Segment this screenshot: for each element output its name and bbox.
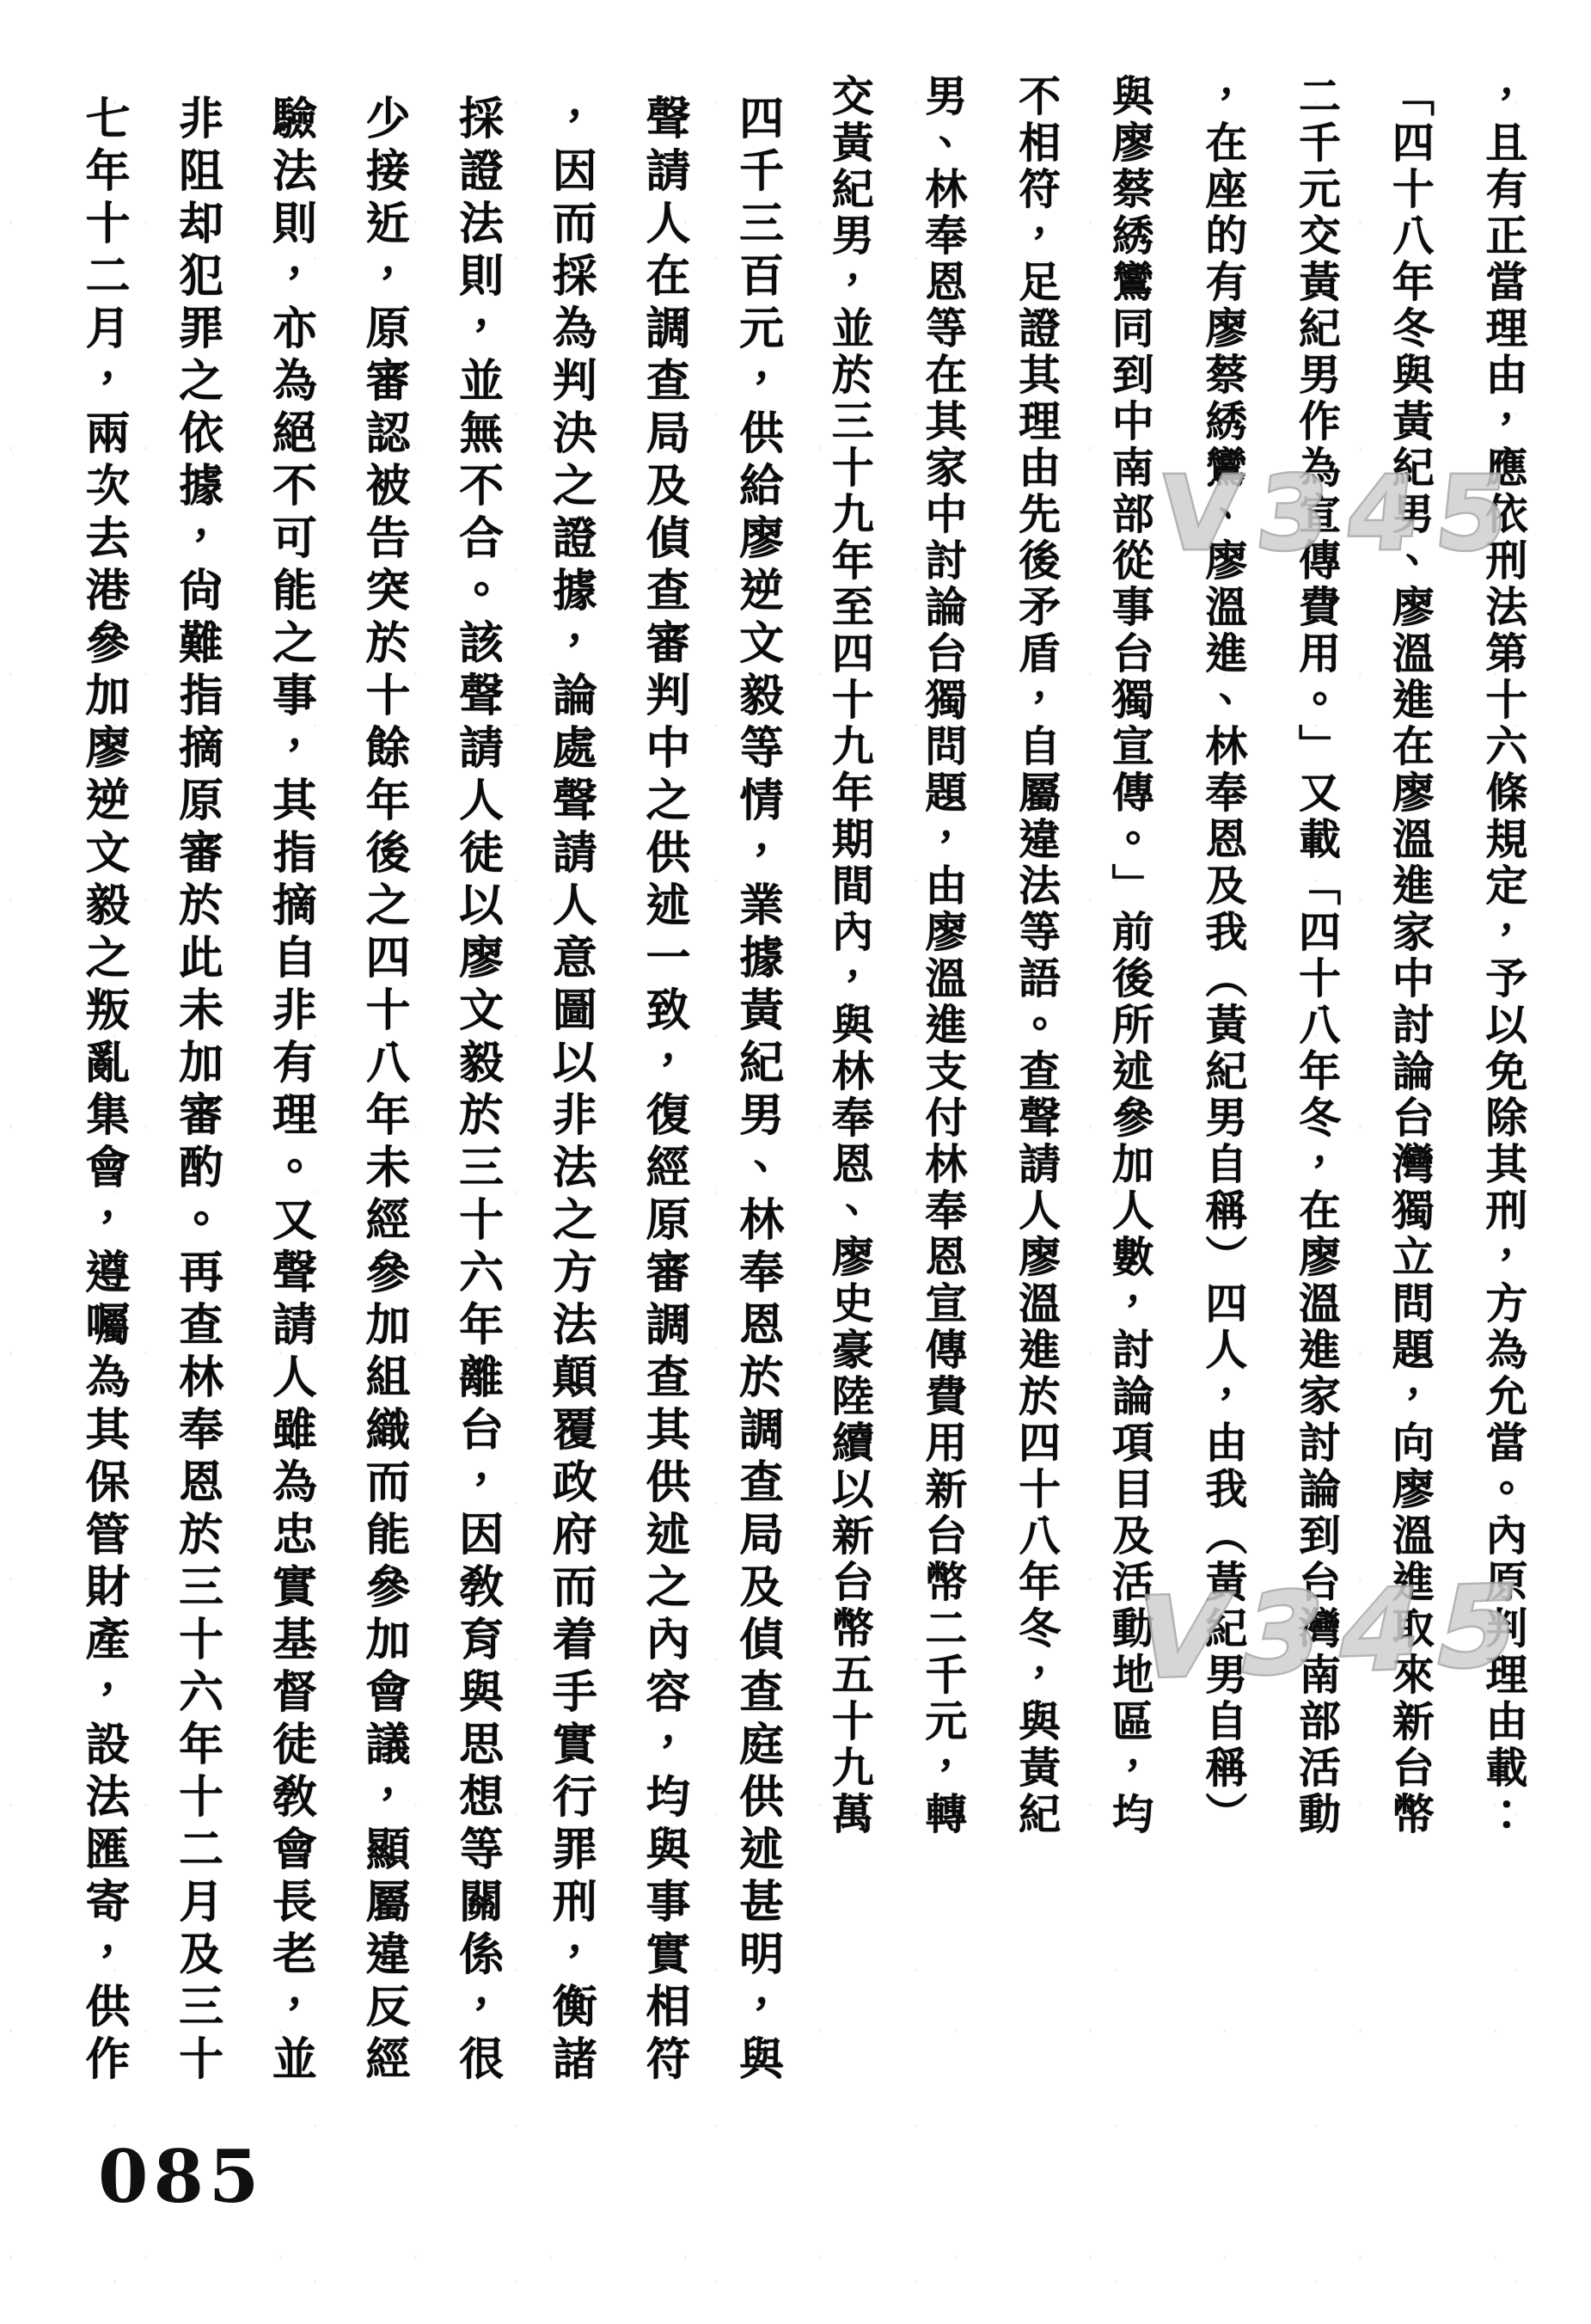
text-column: 採證法則，並無不合。該聲請人徒以廖文毅於三十六年離台，因敎育與思想等關係，很 xyxy=(450,95,503,2155)
text-column: 驗法則，亦為絕不可能之事，其指摘自非有理。又聲請人雖為忠實基督徒敎會長老，並 xyxy=(262,95,315,2155)
text-column: 少接近，原審認被告突於十餘年後之四十八年未經參加組織而能參加會議，顯屬違反經 xyxy=(356,95,409,2155)
scanned-document-page: ，且有正當理由，應依刑法第十六條規定，予以免除其刑，方為允當。內原判理由載： 「… xyxy=(0,0,1591,2324)
text-column: 非阻却犯罪之依據，尙難指摘原審於此未加審酌。再查林奉恩於三十六年十二月及三十 xyxy=(169,95,223,2155)
text-column: 七年十二月，兩次去港參加廖逆文毅之叛亂集會，遵囑為其保管財產，設法匯寄，供作 xyxy=(76,95,129,2155)
text-block: ，且有正當理由，應依刑法第十六條規定，予以免除其刑，方為允當。內原判理由載： 「… xyxy=(76,74,1530,2155)
text-column: 二千元交黃紀男作為宣傳費用。」又載「四十八年冬，在廖溫進家討論到台灣南部活動 xyxy=(1290,74,1343,2155)
text-column: 與廖蔡綉鸞同到中南部從事台獨宣傳。」前後所述參加人數，討論項目及活動地區，均 xyxy=(1103,74,1156,2155)
text-column: ，因而採為判決之證據，論處聲請人意圖以非法之方法顛覆政府而着手實行罪刑，衡諸 xyxy=(542,95,596,2155)
text-column: 四千三百元，供給廖逆文毅等情，業據黃紀男、林奉恩於調查局及偵查庭供述甚明，與 xyxy=(730,95,783,2155)
text-column: 交黃紀男，並於三十九年至四十九年期間內，與林奉恩、廖史豪陸續以新台幣五十九萬 xyxy=(823,74,876,2155)
text-column: 「四十八年冬與黃紀男、廖溫進在廖溫進家中討論台灣獨立問題，向廖溫進取來新台幣 xyxy=(1383,74,1436,2155)
text-column: ，在座的有廖蔡綉鸞、廖溫進、林奉恩及我（黃紀男自稱）四人，由我（黃紀男自稱） xyxy=(1196,74,1250,2155)
text-column: 不相符，足證其理由先後矛盾，自屬違法等語。查聲請人廖溫進於四十八年冬，與黃紀 xyxy=(1010,74,1063,2155)
text-column: 聲請人在調查局及偵查審判中之供述一致，復經原審調查其供述之內容，均與事實相符 xyxy=(636,95,689,2155)
page-number: 085 xyxy=(98,2134,264,2219)
text-column: ，且有正當理由，應依刑法第十六條規定，予以免除其刑，方為允當。內原判理由載： xyxy=(1477,74,1530,2155)
text-column: 男、林奉恩等在其家中討論台獨問題，由廖溫進支付林奉恩宣傳費用新台幣二千元，轉 xyxy=(916,74,970,2155)
